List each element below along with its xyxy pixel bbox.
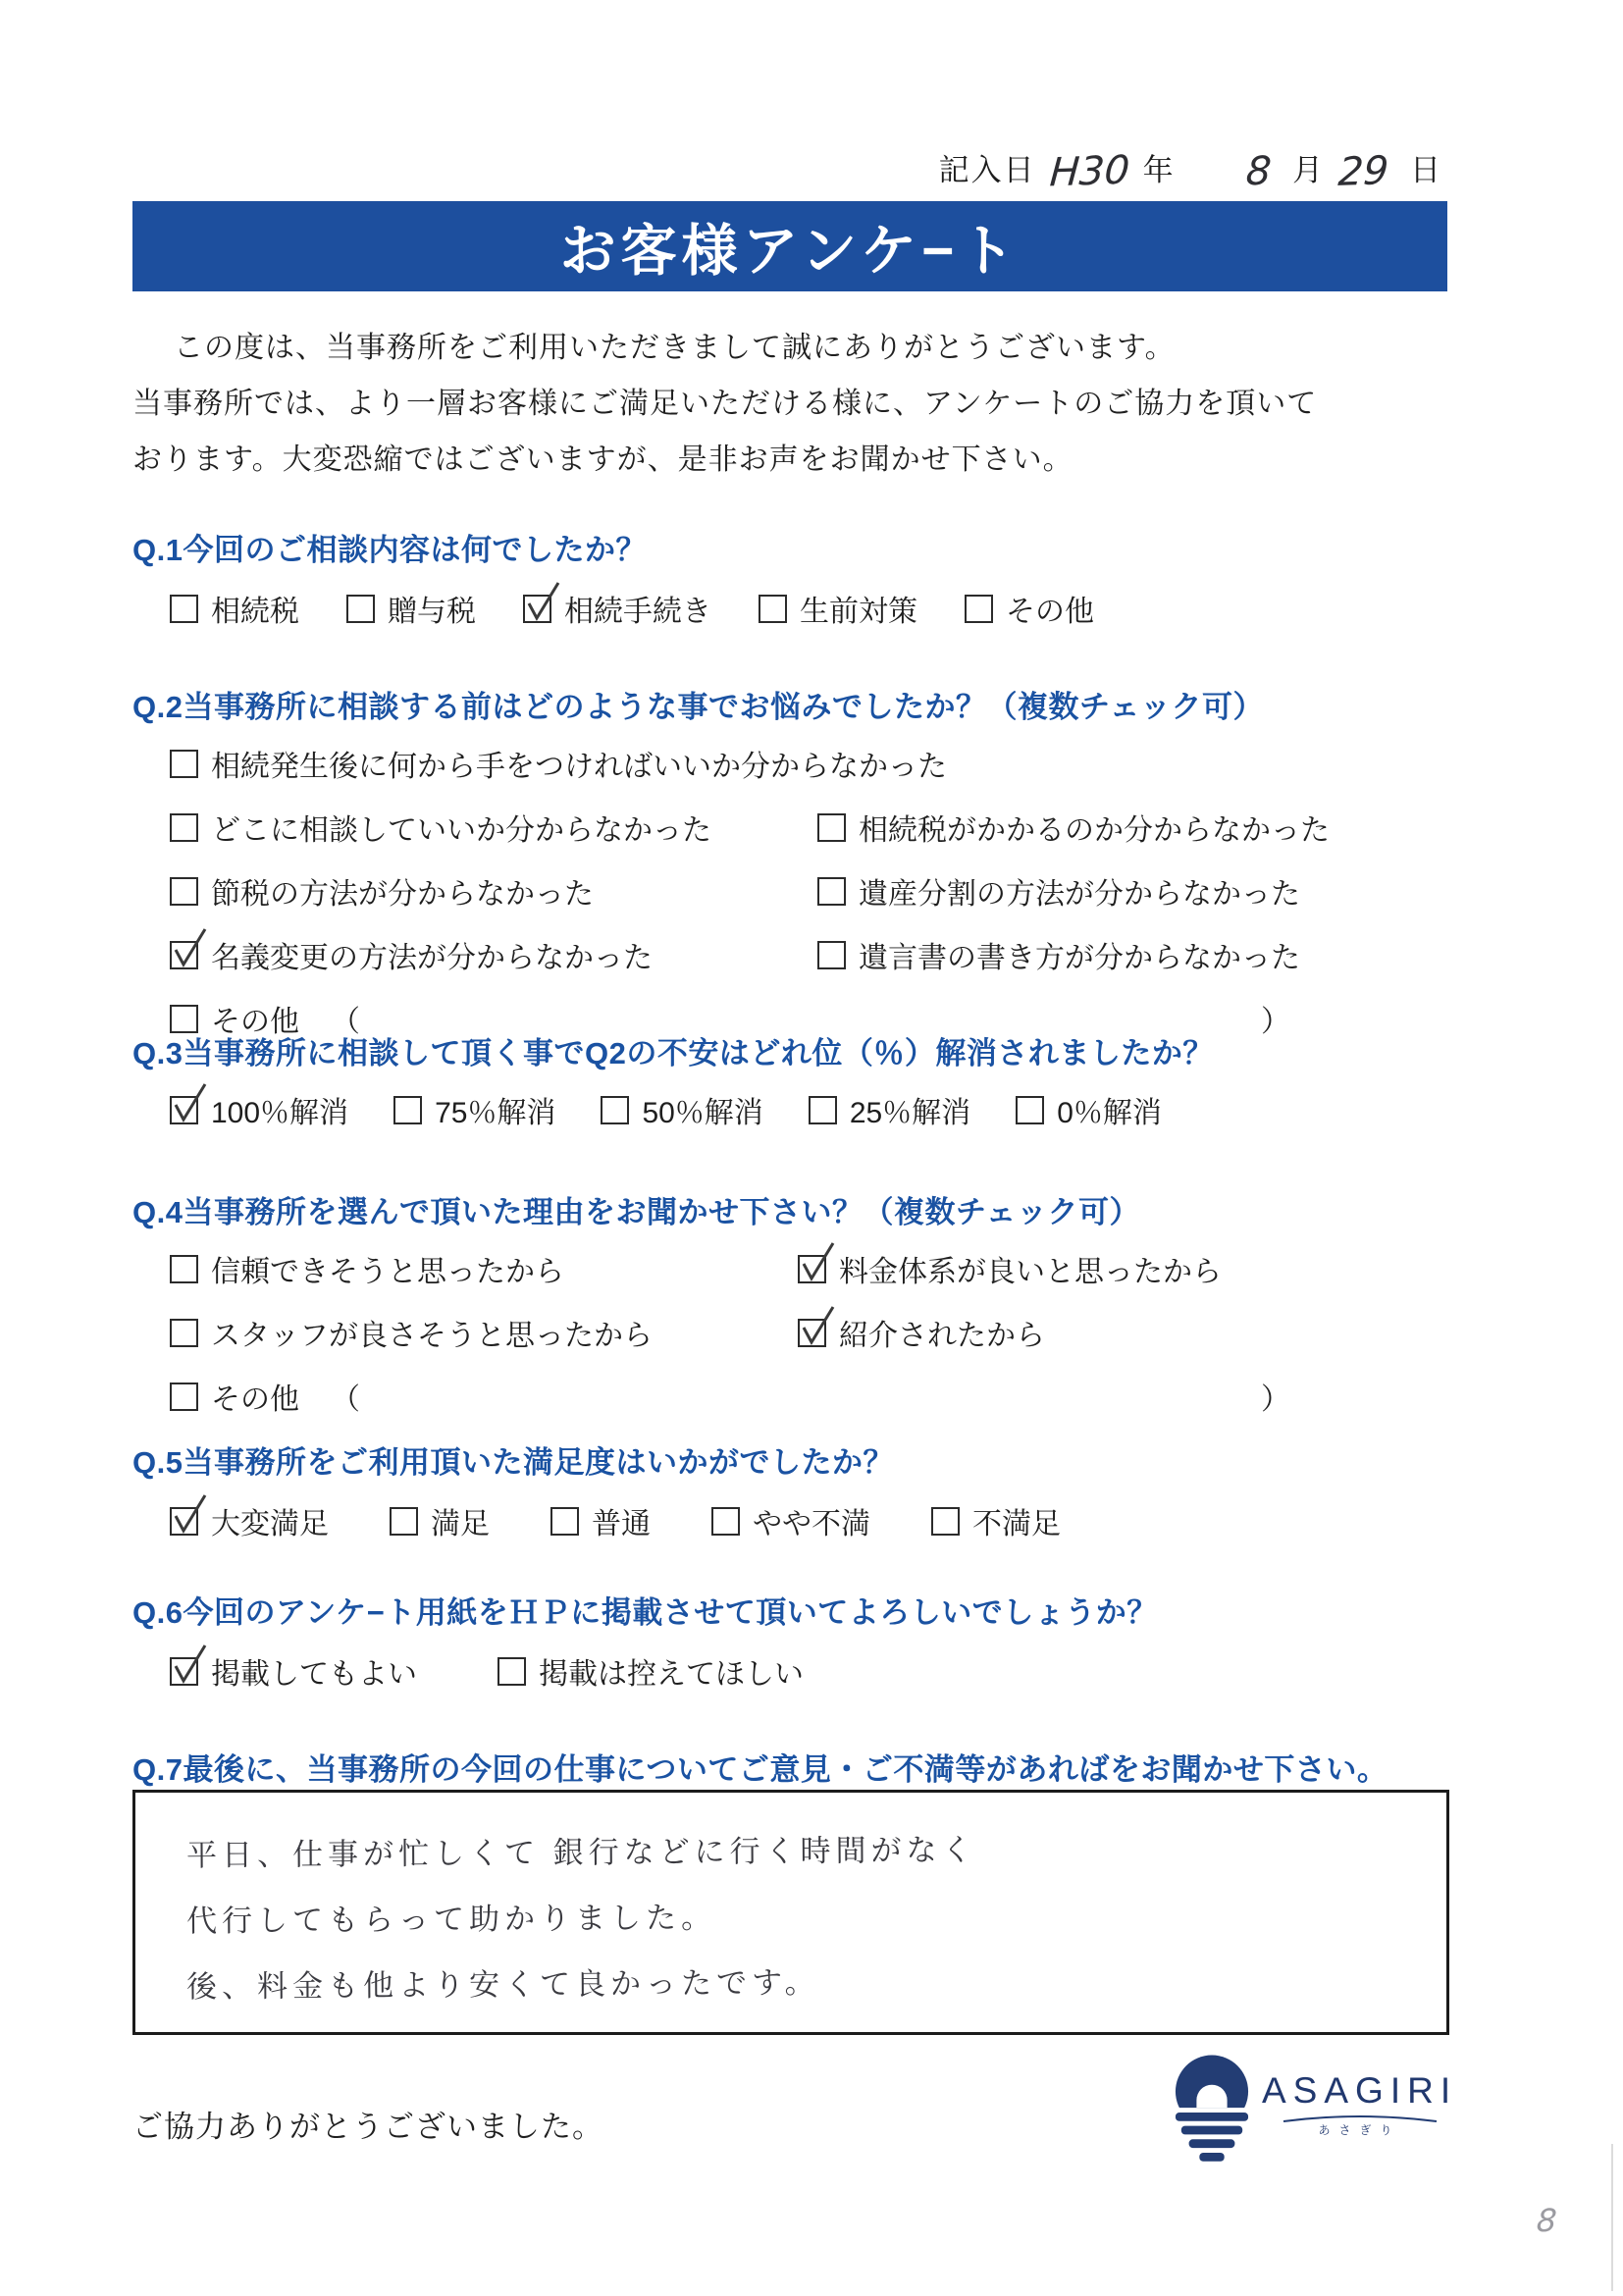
intro-paragraph: この度は、当事務所をご利用いただきまして誠にありがとうございます。 当事務所では… — [132, 320, 1452, 488]
q5-option-3[interactable]: やや不満 — [711, 1499, 870, 1542]
checkbox[interactable] — [170, 1096, 198, 1124]
checkbox[interactable] — [390, 1507, 418, 1536]
intro-line-3: おります。大変恐縮ではございますが、是非お声をお聞かせ下さい。 — [132, 432, 1452, 488]
q3-heading: Q.3当事務所に相談して頂く事でQ2の不安はどれ位（％）解消されましたか？ — [132, 1028, 1452, 1072]
date-label: 記入日 — [939, 153, 1036, 187]
checkbox[interactable] — [798, 1319, 826, 1347]
question-3: Q.3当事務所に相談して頂く事でQ2の不安はどれ位（％）解消されましたか？ 10… — [132, 1028, 1452, 1131]
checkbox[interactable] — [497, 1657, 526, 1686]
comment-line-1: 平日、仕事が忙しくて 銀行などに行く時間がなく — [186, 1814, 1407, 1889]
page-number: 8 — [1536, 2202, 1558, 2240]
checkbox[interactable] — [170, 813, 198, 842]
survey-page: 記入日H30年8月29日 お客様アンケ−ト この度は、当事務所をご利用いただきま… — [0, 0, 1623, 2296]
option-label: 遺言書の書き方が分からなかった — [859, 933, 1300, 976]
option-label: やや不満 — [753, 1499, 870, 1542]
option-label: 生前対策 — [800, 587, 917, 630]
checkbox[interactable] — [965, 595, 993, 623]
date-month-value[interactable]: 8 — [1244, 149, 1273, 195]
question-5: Q.5当事務所をご利用頂いた満足度はいかがでしたか？ 大変満足 満足 普通 やや… — [132, 1437, 1452, 1542]
other-paren-close: ） — [1261, 1375, 1290, 1418]
q4-option-0[interactable]: 信頼できそうと思ったから — [170, 1247, 564, 1290]
checkbox[interactable] — [170, 877, 198, 906]
checkbox[interactable] — [817, 813, 846, 842]
option-label: その他 — [211, 1375, 299, 1418]
option-label: スタッフが良さそうと思ったから — [211, 1311, 653, 1354]
year-unit: 年 — [1143, 153, 1176, 187]
intro-line-2: 当事務所では、より一層お客様にご満足いただける様に、アンケートのご協力を頂いて — [132, 376, 1452, 432]
option-label: 普通 — [592, 1499, 651, 1542]
checkbox[interactable] — [759, 595, 787, 623]
asagiri-logo-mark — [1174, 2053, 1250, 2172]
date-day-value[interactable]: 29 — [1336, 148, 1389, 195]
closing-message: ご協力ありがとうございました。 — [132, 2102, 603, 2146]
q1-option-2[interactable]: 相続手続き — [523, 587, 711, 630]
option-label: 75％解消 — [435, 1088, 555, 1131]
q3-option-4[interactable]: 0％解消 — [1016, 1088, 1162, 1131]
checkmark-icon — [167, 1640, 212, 1689]
q5-option-2[interactable]: 普通 — [550, 1499, 651, 1542]
q6-heading: Q.6今回のアンケ−ト用紙をＨＰに掲載させて頂いてよろしいでしょうか？ — [132, 1588, 1452, 1632]
q1-option-3[interactable]: 生前対策 — [759, 587, 917, 630]
option-label: 信頼できそうと思ったから — [211, 1247, 564, 1290]
q5-option-1[interactable]: 満足 — [390, 1499, 490, 1542]
option-label: 料金体系が良いと思ったから — [839, 1247, 1222, 1290]
checkmark-icon — [167, 1489, 212, 1539]
comment-line-2: 代行してもらって助かりました。 — [186, 1880, 1407, 1955]
q6-option-0[interactable]: 掲載してもよい — [170, 1649, 417, 1693]
checkbox[interactable] — [170, 1507, 198, 1536]
option-label: 相続税 — [211, 587, 299, 630]
other-paren-open: （ — [331, 1375, 360, 1418]
title-banner: お客様アンケ−ト — [132, 201, 1447, 291]
q2-option-1[interactable]: どこに相談していいか分からなかった — [170, 806, 711, 849]
q2-option-0[interactable]: 相続発生後に何から手をつければいいか分からなかった — [170, 742, 947, 785]
q3-option-3[interactable]: 25％解消 — [809, 1088, 970, 1131]
checkbox[interactable] — [711, 1507, 740, 1536]
checkbox[interactable] — [601, 1096, 629, 1124]
option-label: 紹介されたから — [839, 1311, 1045, 1354]
page-title: お客様アンケ−ト — [560, 206, 1021, 287]
option-label: 大変満足 — [211, 1499, 329, 1542]
option-label: 掲載してもよい — [211, 1649, 417, 1693]
checkbox[interactable] — [170, 941, 198, 969]
checkbox[interactable] — [170, 1255, 198, 1283]
checkbox[interactable] — [170, 1383, 198, 1411]
question-7: Q.7最後に、当事務所の今回の仕事についてご意見・ご不満等があればをお聞かせ下さ… — [132, 1745, 1452, 1789]
q2-option-6[interactable]: 遺言書の書き方が分からなかった — [817, 933, 1300, 976]
checkbox[interactable] — [170, 750, 198, 778]
checkmark-icon — [520, 577, 565, 626]
q2-option-5[interactable]: 名義変更の方法が分からなかった — [170, 933, 653, 976]
checkbox[interactable] — [523, 595, 551, 623]
checkbox[interactable] — [809, 1096, 837, 1124]
q1-heading: Q.1今回のご相談内容は何でしたか？ — [132, 525, 1452, 569]
q2-option-3[interactable]: 節税の方法が分からなかった — [170, 869, 594, 913]
scan-artifact-line — [1611, 2144, 1613, 2291]
q1-option-4[interactable]: その他 — [965, 587, 1094, 630]
q4-option-other[interactable]: その他 — [170, 1375, 299, 1418]
q5-option-0[interactable]: 大変満足 — [170, 1499, 329, 1542]
q4-option-1[interactable]: 料金体系が良いと思ったから — [798, 1247, 1222, 1290]
option-label: 100％解消 — [211, 1088, 348, 1131]
asagiri-logo: ASAGIRI あさぎり — [1174, 2053, 1457, 2172]
option-label: 相続手続き — [564, 587, 711, 630]
checkmark-icon — [167, 923, 212, 972]
q6-option-1[interactable]: 掲載は控えてほしい — [497, 1649, 804, 1693]
day-unit: 日 — [1410, 153, 1442, 187]
checkbox[interactable] — [1016, 1096, 1044, 1124]
comment-line-3: 後、料金も他より安くて良かったです。 — [186, 1946, 1407, 2020]
option-label: 満足 — [431, 1499, 490, 1542]
option-label: 50％解消 — [642, 1088, 762, 1131]
checkbox[interactable] — [170, 1319, 198, 1347]
option-label: 名義変更の方法が分からなかった — [211, 933, 653, 976]
date-year-value[interactable]: H30 — [1048, 148, 1130, 196]
question-1: Q.1今回のご相談内容は何でしたか？ 相続税 贈与税 相続手続き 生前対策 その… — [132, 525, 1452, 630]
option-label: 節税の方法が分からなかった — [211, 869, 594, 913]
checkbox[interactable] — [170, 595, 198, 623]
q5-heading: Q.5当事務所をご利用頂いた満足度はいかがでしたか？ — [132, 1437, 1452, 1482]
option-label: 25％解消 — [850, 1088, 970, 1131]
q2-option-2[interactable]: 相続税がかかるのか分からなかった — [817, 806, 1330, 849]
q3-option-0[interactable]: 100％解消 — [170, 1088, 348, 1131]
q1-option-0[interactable]: 相続税 — [170, 587, 299, 630]
question-6: Q.6今回のアンケ−ト用紙をＨＰに掲載させて頂いてよろしいでしょうか？ 掲載して… — [132, 1588, 1452, 1693]
q4-option-3[interactable]: 紹介されたから — [798, 1311, 1045, 1354]
option-label: 贈与税 — [388, 587, 476, 630]
checkmark-icon — [167, 1078, 212, 1127]
option-label: どこに相談していいか分からなかった — [211, 806, 711, 849]
option-label: 相続税がかかるのか分からなかった — [859, 806, 1330, 849]
q1-option-1[interactable]: 贈与税 — [346, 587, 476, 630]
q3-option-1[interactable]: 75％解消 — [393, 1088, 555, 1131]
option-label: その他 — [1006, 587, 1094, 630]
option-label: 掲載は控えてほしい — [539, 1649, 804, 1693]
question-2: Q.2当事務所に相談する前はどのような事でお悩みでしたか？（複数チェック可） 相… — [132, 682, 1452, 1040]
q2-option-4[interactable]: 遺産分割の方法が分からなかった — [817, 869, 1300, 913]
checkmark-icon — [795, 1237, 840, 1286]
q2-heading: Q.2当事務所に相談する前はどのような事でお悩みでしたか？（複数チェック可） — [132, 682, 1452, 726]
q4-option-2[interactable]: スタッフが良さそうと思ったから — [170, 1311, 653, 1354]
q5-option-4[interactable]: 不満足 — [931, 1499, 1061, 1542]
q4-heading: Q.4当事務所を選んで頂いた理由をお聞かせ下さい？（複数チェック可） — [132, 1187, 1452, 1231]
checkbox[interactable] — [798, 1255, 826, 1283]
checkbox[interactable] — [170, 1657, 198, 1686]
q3-option-2[interactable]: 50％解消 — [601, 1088, 762, 1131]
option-label: 相続発生後に何から手をつければいいか分からなかった — [211, 742, 947, 785]
q7-heading: Q.7最後に、当事務所の今回の仕事についてご意見・ご不満等があればをお聞かせ下さ… — [132, 1745, 1452, 1789]
fill-in-date: 記入日H30年8月29日 — [0, 145, 1442, 194]
checkmark-icon — [795, 1301, 840, 1350]
month-unit: 月 — [1292, 153, 1325, 187]
asagiri-logo-text: ASAGIRI — [1262, 2072, 1457, 2110]
comment-box[interactable]: 平日、仕事が忙しくて 銀行などに行く時間がなく 代行してもらって助かりました。 … — [132, 1790, 1449, 2035]
checkbox[interactable] — [346, 595, 375, 623]
option-label: 遺産分割の方法が分からなかった — [859, 869, 1300, 913]
intro-line-1: この度は、当事務所をご利用いただきまして誠にありがとうございます。 — [132, 320, 1452, 376]
asagiri-logo-subtext: あさぎり — [1319, 2121, 1401, 2138]
option-label: 不満足 — [972, 1499, 1061, 1542]
option-label: 0％解消 — [1057, 1088, 1162, 1131]
checkbox[interactable] — [817, 877, 846, 906]
checkbox[interactable] — [550, 1507, 579, 1536]
checkbox[interactable] — [817, 941, 846, 969]
checkbox[interactable] — [931, 1507, 960, 1536]
question-4: Q.4当事務所を選んで頂いた理由をお聞かせ下さい？（複数チェック可） 信頼できそ… — [132, 1187, 1452, 1418]
checkbox[interactable] — [393, 1096, 422, 1124]
